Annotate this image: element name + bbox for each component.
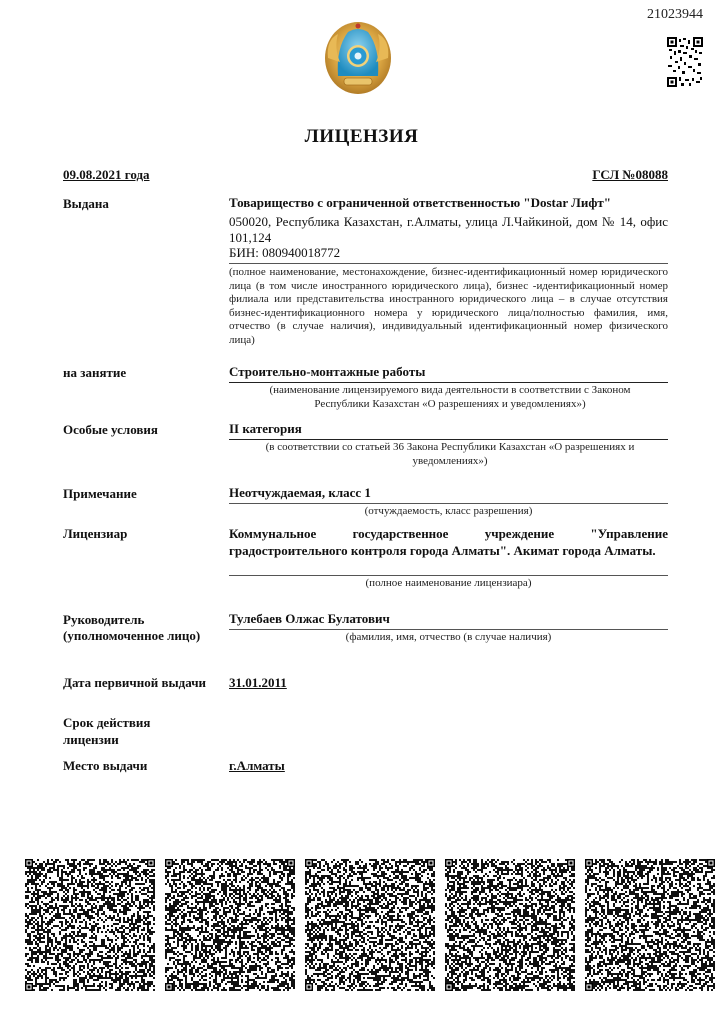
special-conditions-note: (в соответствии со статьей 36 Закона Рес… (245, 441, 655, 468)
head-note: (фамилия, имя, отчество (в случае наличи… (229, 631, 668, 645)
issued-to-note: (полное наименование, местонахождение, б… (229, 266, 668, 347)
activity-value: Строительно-монтажные работы (229, 364, 668, 380)
place-of-issue-value: г.Алматы (229, 757, 285, 774)
activity-note: (наименование лицензируемого вида деятел… (250, 384, 650, 411)
divider (229, 575, 668, 576)
qr-code-5-icon (585, 859, 715, 992)
qr-code-1-icon (25, 859, 155, 992)
head-label: Руководитель (63, 611, 144, 628)
divider (229, 382, 668, 383)
special-conditions-value: II категория (229, 421, 668, 437)
licensor-note: (полное наименование лицензиара) (229, 577, 668, 591)
licensee-name: Товарищество с ограниченной ответственно… (229, 195, 668, 211)
remark-note: (отчуждаемость, класс разрешения) (229, 505, 668, 519)
remark-label: Примечание (63, 485, 137, 502)
head-label-sub: (уполномоченное лицо) (63, 627, 200, 644)
divider (229, 629, 668, 630)
licensee-bin: БИН: 080940018772 (229, 245, 668, 261)
divider (229, 503, 668, 504)
licensee-address: 050020, Республика Казахстан, г.Алматы, … (229, 214, 668, 246)
first-issue-date-value: 31.01.2011 (229, 674, 287, 691)
activity-label: на занятие (63, 364, 126, 381)
remark-value: Неотчуждаемая, класс 1 (229, 485, 668, 501)
place-of-issue-label: Место выдачи (63, 757, 147, 774)
page-title: ЛИЦЕНЗИЯ (0, 126, 723, 148)
first-issue-date-label: Дата первичной выдачи (63, 674, 206, 691)
divider (229, 263, 668, 264)
qr-code-2-icon (165, 859, 295, 992)
document-number: 21023944 (647, 7, 703, 23)
state-emblem-icon (322, 18, 394, 98)
license-number: ГСЛ №08088 (592, 167, 668, 183)
issued-to-label: Выдана (63, 195, 109, 212)
validity-label-sub: лицензии (63, 731, 119, 748)
qr-code-3-icon (305, 859, 435, 992)
divider (229, 439, 668, 440)
special-conditions-label: Особые условия (63, 421, 158, 438)
head-value: Тулебаев Олжас Булатович (229, 611, 668, 627)
qr-code-icon (667, 37, 703, 87)
issue-date: 09.08.2021 года (63, 167, 150, 183)
validity-label: Срок действия (63, 714, 150, 731)
licensor-label: Лицензиар (63, 525, 127, 542)
qr-code-4-icon (445, 859, 575, 992)
licensor-value: Коммунальное государственное учреждение … (229, 525, 668, 559)
